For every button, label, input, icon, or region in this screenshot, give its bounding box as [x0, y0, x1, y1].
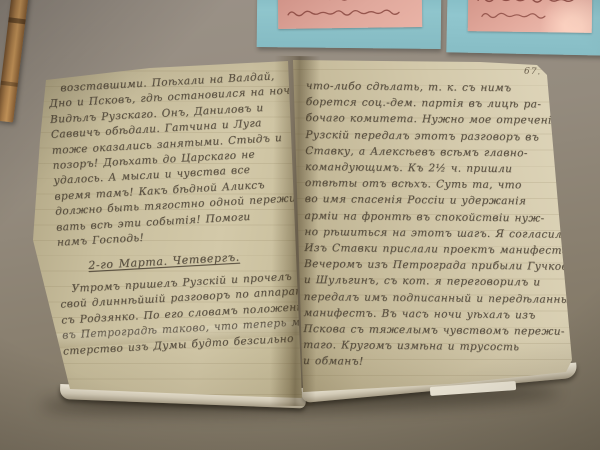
- book-gutter-shadow: [270, 56, 321, 407]
- handwriting-stroke: [478, 0, 573, 3]
- handwriting-stroke: [288, 10, 399, 16]
- page-number-right: 67.: [524, 67, 542, 78]
- diary-text-right: что-либо сдѣлать, т. к. съ нимъборется с…: [303, 78, 568, 372]
- museum-photo-diary-spread: 66. возставшими. Поѣхали на Валдай,Дно и…: [0, 0, 600, 450]
- museum-label-card-left: [278, 0, 423, 29]
- wooden-pointer-stick: [0, 0, 29, 123]
- handwriting-stroke: [482, 13, 545, 18]
- museum-label-card-right: [468, 0, 593, 33]
- diary-page-right: 67. что-либо сдѣлать, т. к. съ нимъборет…: [290, 54, 582, 408]
- stick-joint-band: [8, 17, 25, 24]
- label-handwriting: [468, 0, 593, 33]
- label-handwriting: [278, 0, 423, 29]
- stick-joint-band: [1, 81, 18, 87]
- page-number-left: 66.: [60, 64, 78, 75]
- handwritten-line: и обманъ!: [303, 353, 565, 372]
- diary-paragraph-march1: возставшими. Поѣхали на Валдай,Дно и Пск…: [48, 68, 307, 251]
